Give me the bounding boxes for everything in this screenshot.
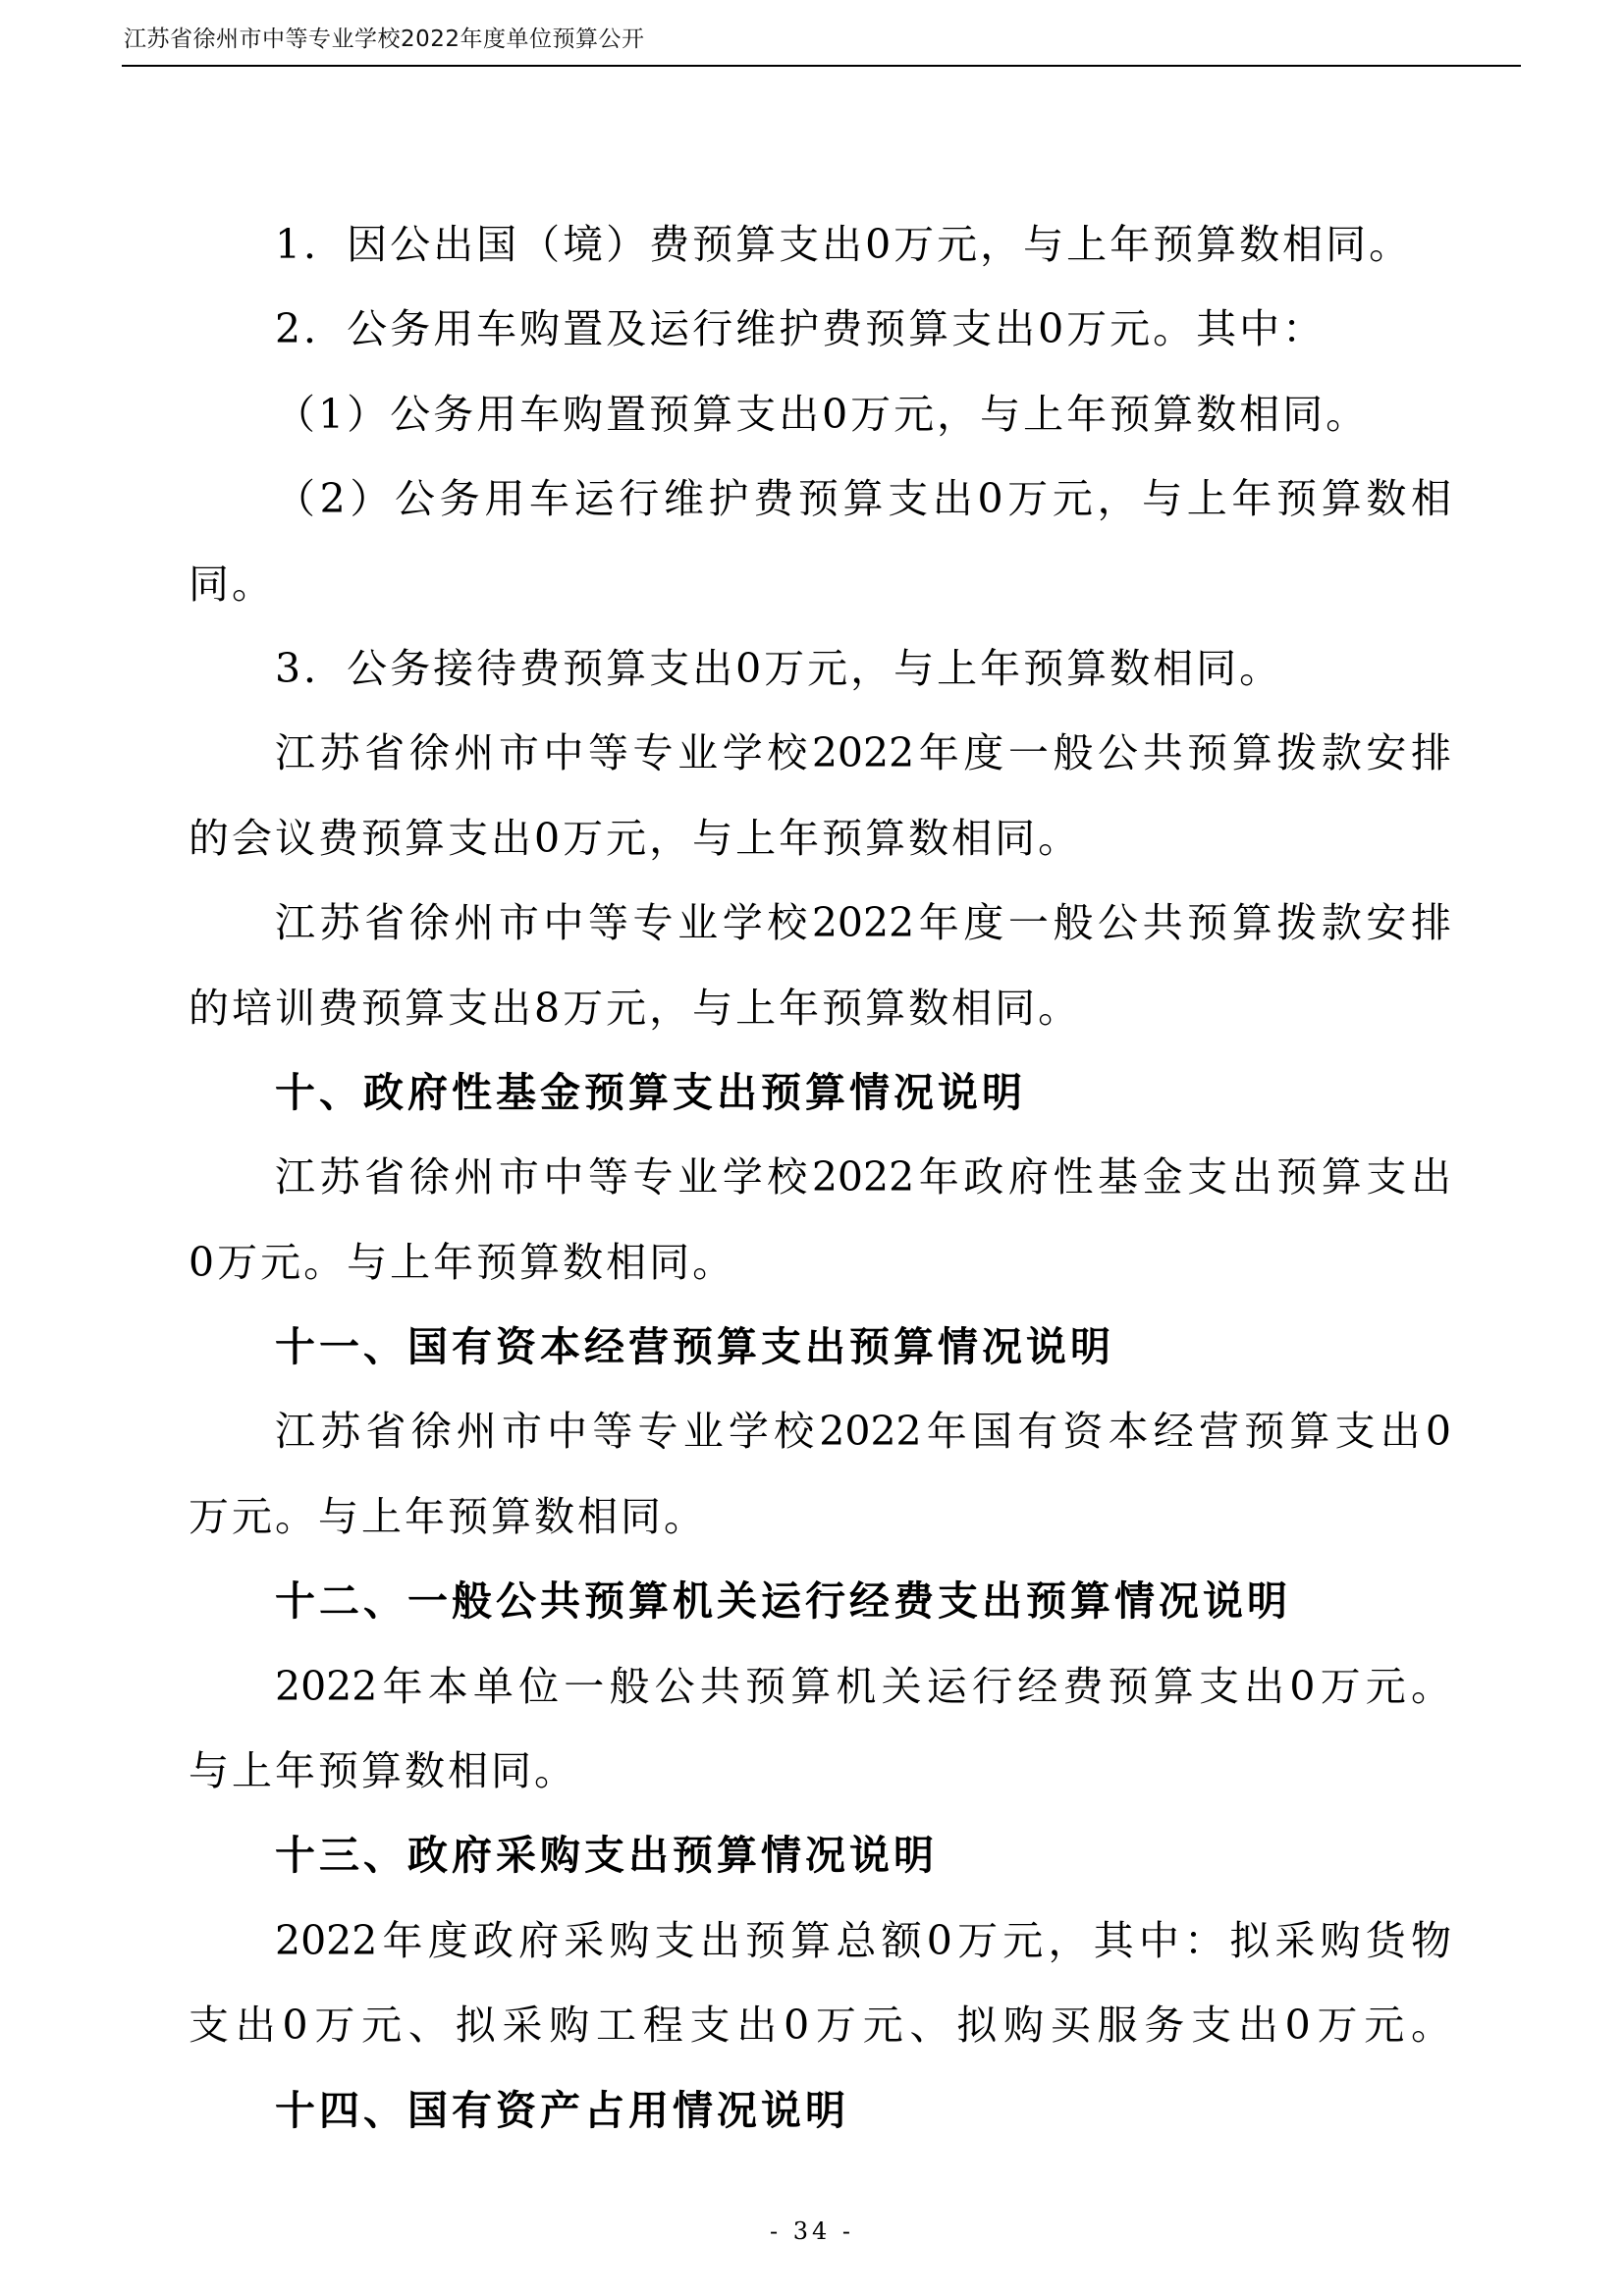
paragraph-training-fee: 江苏省徐州市中等专业学校2022年度一般公共预算拨款安排	[189, 881, 1451, 965]
section-heading-14: 十四、国有资产占用情况说明	[189, 2068, 1451, 2153]
list-item-reception: 3．公务接待费预算支出0万元，与上年预算数相同。	[189, 626, 1451, 711]
section-heading-12: 十二、一般公共预算机关运行经费支出预算情况说明	[189, 1559, 1451, 1643]
paragraph-procurement-cont: 支出0万元、拟采购工程支出0万元、拟购买服务支出0万元。	[189, 1983, 1451, 2067]
list-item-vehicle-maintenance-cont: 同。	[189, 542, 1451, 626]
list-item-overseas-travel: 1．因公出国（境）费预算支出0万元，与上年预算数相同。	[189, 202, 1451, 287]
list-item-vehicle-costs: 2．公务用车购置及运行维护费预算支出0万元。其中：	[189, 287, 1451, 371]
paragraph-meeting-fee-cont: 的会议费预算支出0万元，与上年预算数相同。	[189, 796, 1451, 881]
paragraph-gov-fund: 江苏省徐州市中等专业学校2022年政府性基金支出预算支出	[189, 1135, 1451, 1219]
page-number: - 34 -	[0, 2216, 1624, 2246]
header-title: 江苏省徐州市中等专业学校2022年度单位预算公开	[124, 26, 645, 53]
list-item-vehicle-purchase: （1）公务用车购置预算支出0万元，与上年预算数相同。	[189, 372, 1451, 456]
section-heading-13: 十三、政府采购支出预算情况说明	[189, 1813, 1451, 1897]
document-body: 1．因公出国（境）费预算支出0万元，与上年预算数相同。 2．公务用车购置及运行维…	[189, 202, 1451, 2153]
paragraph-procurement: 2022年度政府采购支出预算总额0万元，其中：拟采购货物	[189, 1898, 1451, 1983]
paragraph-meeting-fee: 江苏省徐州市中等专业学校2022年度一般公共预算拨款安排	[189, 711, 1451, 795]
section-heading-10: 十、政府性基金预算支出预算情况说明	[189, 1050, 1451, 1135]
paragraph-state-capital: 江苏省徐州市中等专业学校2022年国有资本经营预算支出0	[189, 1389, 1451, 1473]
paragraph-operating-expense: 2022年本单位一般公共预算机关运行经费预算支出0万元。	[189, 1644, 1451, 1729]
list-item-vehicle-maintenance: （2）公务用车运行维护费预算支出0万元，与上年预算数相	[189, 456, 1451, 541]
paragraph-operating-expense-cont: 与上年预算数相同。	[189, 1729, 1451, 1813]
paragraph-gov-fund-cont: 0万元。与上年预算数相同。	[189, 1220, 1451, 1305]
section-heading-11: 十一、国有资本经营预算支出预算情况说明	[189, 1305, 1451, 1389]
page-header: 江苏省徐州市中等专业学校2022年度单位预算公开	[122, 22, 1521, 67]
paragraph-state-capital-cont: 万元。与上年预算数相同。	[189, 1474, 1451, 1559]
paragraph-training-fee-cont: 的培训费预算支出8万元，与上年预算数相同。	[189, 966, 1451, 1050]
